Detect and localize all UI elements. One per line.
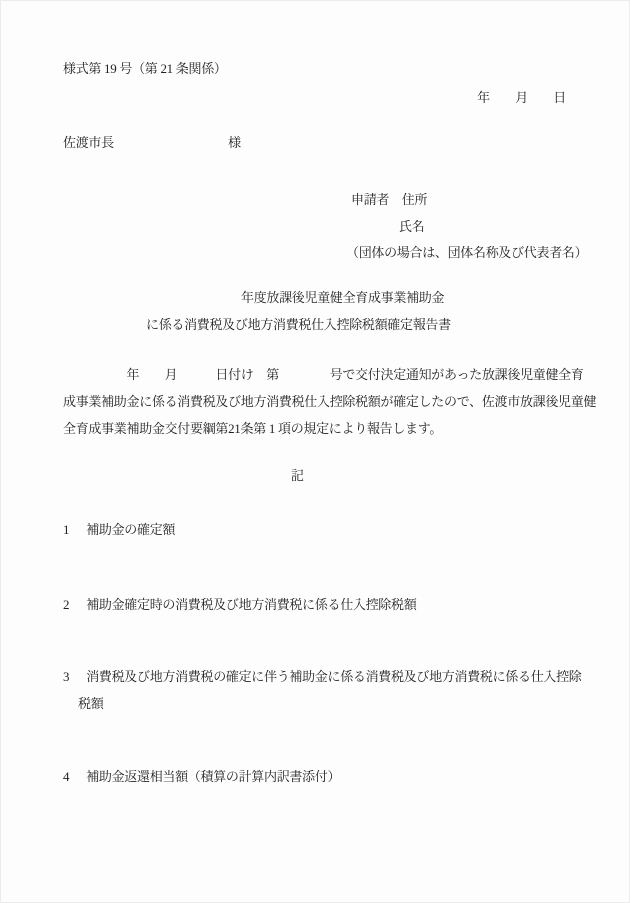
document-title-line1: 年度放課後児童健全育成事業補助金: [241, 290, 444, 306]
body-paragraph-line1: 年 月 日付け 第 号で交付決定通知があった放課後児童健全育: [63, 367, 584, 383]
list-item-4: 4補助金返還相当額（積算の計算内訳書添付）: [63, 763, 586, 790]
list-item-3-text: 消費税及び地方消費税の確定に伴う補助金に係る消費税及び地方消費税に係る仕入控除税…: [78, 669, 582, 711]
list-item-1-text: 補助金の確定額: [86, 522, 175, 537]
list-item-3: 3消費税及び地方消費税の確定に伴う補助金に係る消費税及び地方消費税に係る仕入控除…: [63, 663, 586, 717]
applicant-organization-note: （団体の場合は、団体名称及び代表者名）: [346, 245, 587, 261]
ki-separator-label: 記: [291, 468, 304, 484]
applicant-address-line: 申請者 住所: [351, 192, 427, 208]
document-page: 様式第 19 号（第 21 条関係） 年 月 日 佐渡市長 様 申請者 住所 氏…: [0, 0, 630, 903]
list-item-2: 2補助金確定時の消費税及び地方消費税に係る仕入控除税額: [63, 591, 586, 618]
recipient-line: 佐渡市長 様: [63, 135, 241, 151]
body-paragraph-line2: 成事業補助金に係る消費税及び地方消費税仕入控除税額が確定したので、佐渡市放課後児…: [63, 394, 596, 410]
list-item-2-number: 2: [63, 597, 69, 612]
date-line: 年 月 日: [1, 90, 566, 106]
list-item-1: 1補助金の確定額: [63, 516, 586, 543]
list-item-4-text: 補助金返還相当額（積算の計算内訳書添付）: [86, 769, 340, 784]
list-item-3-number: 3: [63, 669, 69, 684]
applicant-name-label: 氏名: [399, 219, 424, 235]
list-item-2-text: 補助金確定時の消費税及び地方消費税に係る仕入控除税額: [86, 597, 416, 612]
list-item-4-number: 4: [63, 769, 69, 784]
list-item-1-number: 1: [63, 522, 69, 537]
body-paragraph-line3: 全育成事業補助金交付要綱第21条第 1 項の規定により報告します。: [63, 421, 442, 437]
form-number: 様式第 19 号（第 21 条関係）: [63, 61, 227, 77]
document-title-line2: に係る消費税及び地方消費税仕入控除税額確定報告書: [146, 317, 451, 333]
